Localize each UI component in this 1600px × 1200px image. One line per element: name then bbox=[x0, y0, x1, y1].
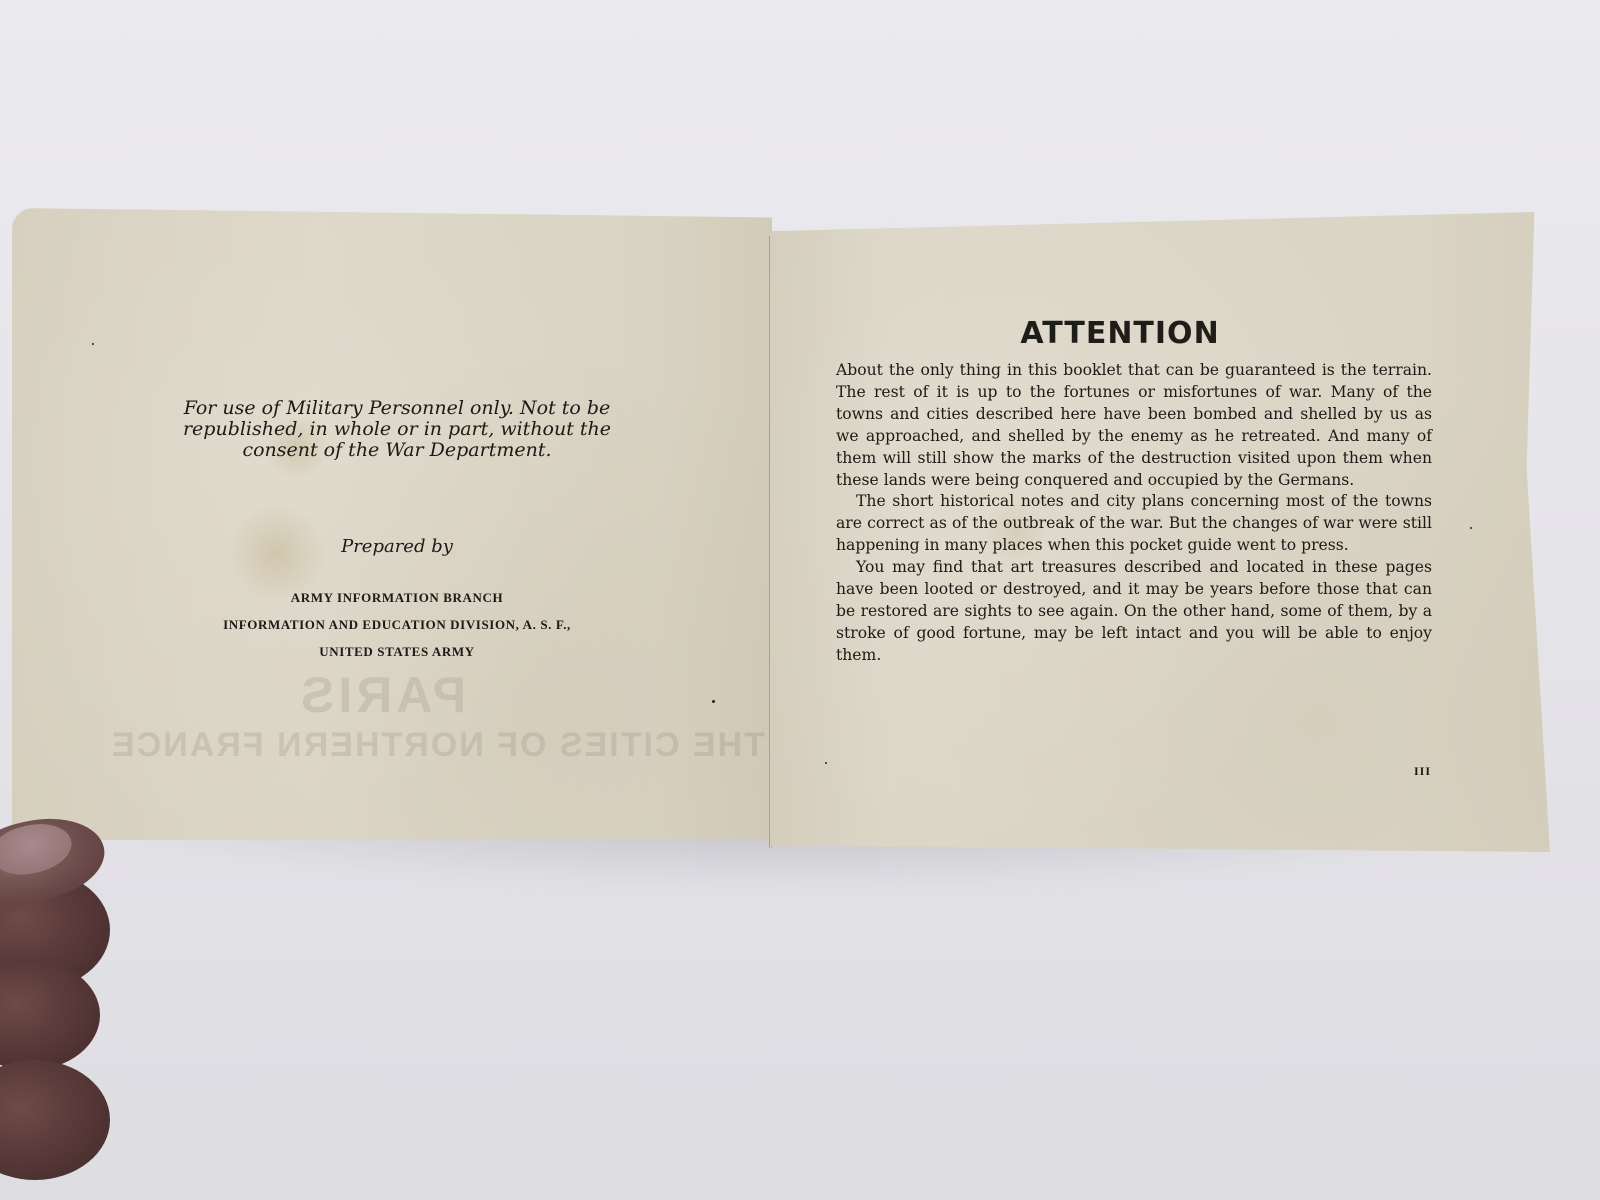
notice-line: republished, in whole or in part, withou… bbox=[152, 419, 642, 440]
paper-speck bbox=[92, 343, 94, 345]
finger bbox=[0, 960, 100, 1070]
page-number: III bbox=[1414, 764, 1431, 779]
usage-notice: For use of Military Personnel only. Not … bbox=[152, 398, 642, 461]
show-through-title: PARIS bbox=[297, 666, 466, 724]
photo-scene: PARIS AND THE CITIES OF NORTHERN FRANCE … bbox=[0, 0, 1600, 1200]
finger bbox=[0, 1060, 110, 1180]
paper-speck bbox=[712, 700, 715, 703]
right-page: ATTENTION About the only thing in this b… bbox=[770, 212, 1550, 852]
prepared-by-label: Prepared by bbox=[152, 536, 642, 557]
attention-body: About the only thing in this booklet tha… bbox=[836, 360, 1432, 667]
body-paragraph: You may find that art treasures describe… bbox=[836, 557, 1432, 667]
show-through-subtitle: AND THE CITIES OF NORTHERN FRANCE bbox=[110, 726, 772, 765]
body-paragraph: About the only thing in this booklet tha… bbox=[836, 360, 1432, 491]
body-paragraph: The short historical notes and city plan… bbox=[836, 491, 1432, 557]
page-heading: ATTENTION bbox=[770, 316, 1470, 351]
organization-line: INFORMATION AND EDUCATION DIVISION, A. S… bbox=[152, 611, 642, 638]
notice-line: For use of Military Personnel only. Not … bbox=[152, 398, 642, 419]
left-page: PARIS AND THE CITIES OF NORTHERN FRANCE … bbox=[12, 208, 772, 840]
paper-speck bbox=[825, 762, 827, 764]
paper-speck bbox=[1470, 527, 1472, 529]
organization-credit: ARMY INFORMATION BRANCH INFORMATION AND … bbox=[152, 584, 642, 665]
organization-line: UNITED STATES ARMY bbox=[152, 638, 642, 665]
notice-line: consent of the War Department. bbox=[152, 440, 642, 461]
organization-line: ARMY INFORMATION BRANCH bbox=[152, 584, 642, 611]
